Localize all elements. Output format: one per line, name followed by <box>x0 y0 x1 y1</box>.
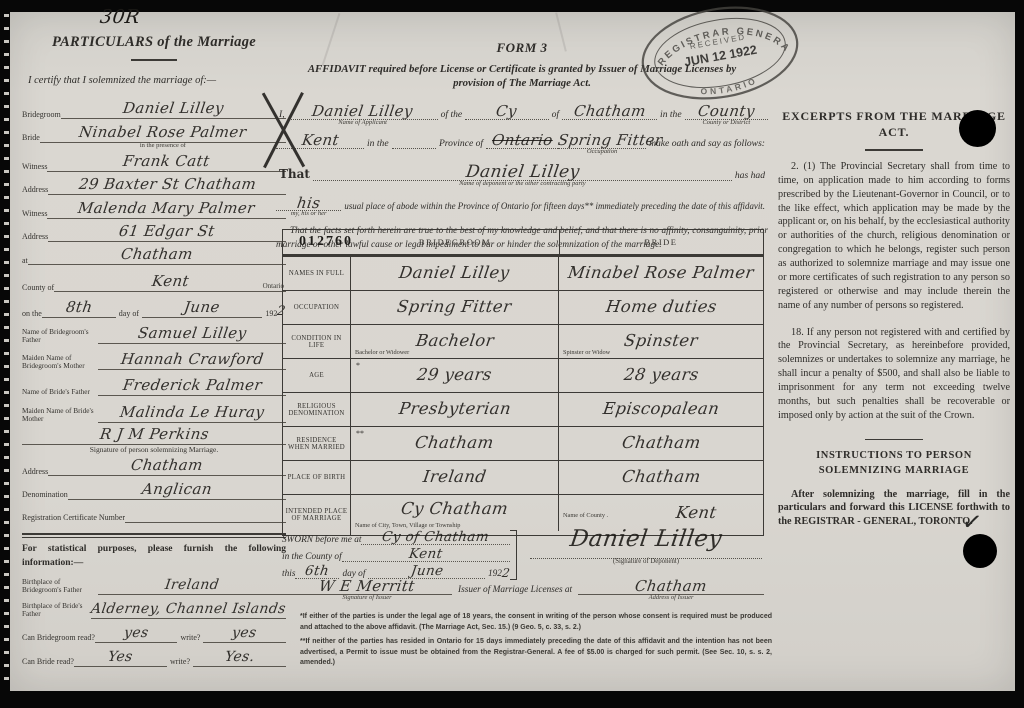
corner-mark-text: 30R <box>99 8 141 27</box>
bride-denomination: Episcopalean <box>559 392 763 426</box>
sworn-bracket <box>510 530 517 580</box>
bride-residence: Chatham <box>559 426 763 460</box>
field-bridegroom-father: Name of Bridegroom's Father Samuel Lille… <box>22 318 286 344</box>
bride-names: Minabel Rose Palmer <box>559 256 763 290</box>
field-value: Ninabel Rose Palmer <box>78 125 247 140</box>
solemnizer-signature-label: Signature of person solemnizing Marriage… <box>22 445 286 454</box>
excerpt-section-2: 2. (1) The Provincial Secretary shall fr… <box>778 160 1010 313</box>
municipality-name: Chatham <box>573 104 647 119</box>
groom-occupation: Spring Fitter <box>351 290 559 324</box>
bride-occupation: Home duties <box>559 290 763 324</box>
field-bride: Bride Ninabel Rose Palmer in the presenc… <box>22 119 286 142</box>
certify-line: I certify that I solemnized the marriage… <box>28 75 286 86</box>
sworn-county-label: in the County of <box>282 552 342 562</box>
field-value: Samuel Lilley <box>137 326 248 341</box>
stat-value: yes <box>231 626 258 640</box>
field-address-1: Address 29 Baxter St Chatham <box>22 172 286 195</box>
issuer-address: Chatham <box>634 579 708 594</box>
solemnizer-signature-row: R J M Perkins <box>22 423 286 445</box>
field-value: Daniel Lilley <box>122 101 225 116</box>
field-value: Frank Catt <box>122 154 211 169</box>
stat-value: Yes. <box>224 650 256 664</box>
row-label: RESIDENCE when MARRIED <box>283 426 351 460</box>
bride-condition: Spinster Spinster or Widow <box>559 324 763 358</box>
bridegroom-bride-table: 012760 BRIDEGROOM BRIDE NAMES in full Da… <box>282 229 764 536</box>
stat-value: Yes <box>107 650 134 664</box>
groom-age: * 29 years <box>351 358 559 392</box>
occupation-value: Spring Fitter <box>557 133 663 148</box>
field-bridegroom-mother: Maiden Name of Bridegroom's Mother Hanna… <box>22 344 286 370</box>
field-registration-number: Registration Certificate Number <box>22 500 286 523</box>
row-label: OCCUPATION <box>283 290 351 324</box>
day-value: 8th <box>65 300 94 315</box>
sworn-county: Kent <box>408 548 443 562</box>
title-rule <box>131 59 177 61</box>
stat-value: yes <box>123 626 150 640</box>
affidavit-row-deponent: That Daniel Lilley Name of deponent or t… <box>276 164 768 181</box>
film-perforation-edge <box>4 14 9 690</box>
field-witness-2: Witness Malenda Mary Palmer <box>22 195 286 218</box>
footnote-age: *If either of the parties is under the l… <box>300 612 772 634</box>
rule <box>865 439 923 441</box>
field-solemnizer-address: Address Chatham <box>22 454 286 476</box>
pronoun-value: his <box>296 196 321 211</box>
column-header-bride: BRIDE <box>559 237 763 247</box>
statistics-intro: For statistical purposes, please furnish… <box>22 542 286 571</box>
instructions-title-line1: INSTRUCTIONS TO PERSON <box>816 450 972 461</box>
pencil-x-mark <box>250 92 318 168</box>
bride-birthplace: Chatham <box>559 460 763 494</box>
row-label: CONDITION in LIFE <box>283 324 351 358</box>
punch-hole-top <box>959 110 996 147</box>
applicant-name: Daniel Lilley <box>311 104 414 119</box>
field-value: Chatham <box>120 247 194 262</box>
deponent-name: Daniel Lilley <box>464 164 580 181</box>
issuer-at-label: Issuer of Marriage Licenses at <box>452 585 578 595</box>
deponent-signature-label: (Signature of Deponent) <box>530 558 762 565</box>
groom-residence: ** Chatham <box>351 426 559 460</box>
field-value: Malenda Mary Palmer <box>77 201 256 216</box>
county-word: County <box>697 104 756 119</box>
affidavit-row-abode: his my, his or her usual place of abode … <box>276 196 768 211</box>
issuer-signature: W E Merritt <box>318 579 416 594</box>
footnotes: *If either of the parties is under the l… <box>300 612 772 672</box>
table-body: NAMES in full Daniel Lilley Minabel Rose… <box>283 256 763 535</box>
sworn-place: Cy of Chatham <box>381 531 490 545</box>
ontario-sublabel: Ontario <box>263 282 284 290</box>
field-value: Malinda Le Huray <box>119 405 265 420</box>
field-value: Chatham <box>130 458 204 473</box>
affidavit-row-county: Kent in the Province of Ontario Spring F… <box>276 133 768 149</box>
province-name: Ontario <box>491 133 554 148</box>
issuer-line: W E Merritt Signature of Issuer Issuer o… <box>282 579 764 595</box>
field-value: Frederick Palmer <box>121 378 262 393</box>
month-value: June <box>183 300 221 315</box>
sworn-left: SWORN before me at Cy of Chatham in the … <box>282 528 510 579</box>
pencil-check-mark: ✓ <box>960 507 984 539</box>
field-at: at Chatham <box>22 242 286 265</box>
field-value: Anglican <box>141 482 213 497</box>
rule <box>865 149 923 151</box>
affidavit-heading-2: provision of The Marriage Act. <box>453 77 591 89</box>
field-county: County of Kent Ontario <box>22 265 286 292</box>
bride-age: 28 years <box>559 358 763 392</box>
stat-bridegroom-father-birthplace: Birthplace of Bridegroom's Father Irelan… <box>22 571 286 595</box>
field-value: 61 Edgar St <box>118 224 216 239</box>
field-value: 29 Baxter St Chatham <box>77 177 256 192</box>
groom-denomination: Presbyterian <box>351 392 559 426</box>
field-bride-father: Name of Bride's Father Frederick Palmer <box>22 370 286 396</box>
excerpt-section-18: 18. If any person not registered with an… <box>778 326 1010 423</box>
sworn-section: SWORN before me at Cy of Chatham in the … <box>282 528 764 595</box>
groom-names: Daniel Lilley <box>351 256 559 290</box>
marriage-act-excerpts: EXCERPTS FROM THE MARRIAGE ACT. 2. (1) T… <box>778 108 1010 539</box>
stat-bride-father-birthplace: Birthplace of Bride's Father Alderney, C… <box>22 595 286 619</box>
deponent-signature: Daniel Lilley <box>569 528 724 551</box>
stat-value: Ireland <box>164 578 220 592</box>
particulars-fields: Bridegroom Daniel Lilley Bride Ninabel R… <box>22 96 286 523</box>
column-header-bridegroom: BRIDEGROOM <box>351 237 559 247</box>
groom-birthplace: Ireland <box>351 460 559 494</box>
field-denomination: Denomination Anglican <box>22 476 286 499</box>
row-label: PLACE of BIRTH <box>283 460 351 494</box>
particulars-section: PARTICULARS of the Marriage I certify th… <box>22 34 286 667</box>
field-marriage-date: on the 8th day of June 192 2 <box>22 292 286 318</box>
field-bridegroom: Bridegroom Daniel Lilley <box>22 96 286 119</box>
excerpts-title-line2: ACT. <box>879 125 910 139</box>
statistics-section: For statistical purposes, please furnish… <box>22 542 286 667</box>
solemnizer-signature: R J M Perkins <box>98 427 209 442</box>
table-header: 012760 BRIDEGROOM BRIDE <box>283 230 763 256</box>
field-value: Kent <box>151 274 190 289</box>
row-label: RELIGIOUS DENOMINATION <box>283 392 351 426</box>
intended-place-city: Cy Chatham Name of City, Town, Village o… <box>351 494 559 531</box>
footnote-residency: **If neither of the parties has resided … <box>300 637 772 670</box>
row-label: AGE <box>283 358 351 392</box>
scanned-marriage-affidavit: { "annotations": { "corner_mark": "30R",… <box>0 0 1024 708</box>
handwritten-corner-mark: 30R <box>100 8 140 28</box>
license-serial-number: 012760 <box>299 234 353 250</box>
row-label: NAMES in full <box>283 256 351 290</box>
field-bride-mother: Maiden Name of Bride's Mother Malinda Le… <box>22 396 286 423</box>
header-divider <box>559 230 560 254</box>
field-value: Hannah Crawford <box>120 352 265 367</box>
instructions-title-line2: SOLEMNIZING MARRIAGE <box>819 465 970 476</box>
punch-hole-bottom <box>963 534 997 568</box>
stat-value: Alderney, Channel Islands <box>90 602 287 616</box>
groom-condition: Bachelor Bachelor or Widower <box>351 324 559 358</box>
stat-bridegroom-literacy: Can Bridegroom read? yes write? yes <box>22 619 286 643</box>
stat-bride-literacy: Can Bride read? Yes write? Yes. <box>22 643 286 667</box>
sworn-before-label: SWORN before me at <box>282 535 361 545</box>
section-divider <box>22 533 286 538</box>
deponent-signature-block: Daniel Lilley (Signature of Deponent) <box>530 528 762 559</box>
particulars-title: PARTICULARS of the Marriage <box>22 34 286 51</box>
municipality-type: Cy <box>495 104 518 119</box>
field-address-2: Address 61 Edgar St <box>22 219 286 242</box>
